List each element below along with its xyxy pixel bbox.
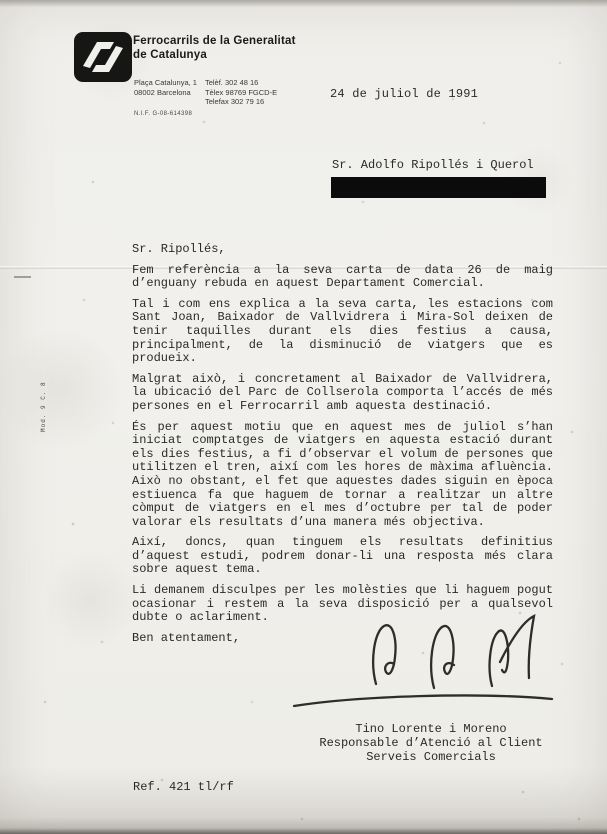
paragraph-1: Fem referència a la seva carta de data 2… [132,264,553,291]
recipient-name: Sr. Adolfo Ripollés i Querol [332,158,534,172]
letterhead-address: Plaça Catalunya, 1 08002 Barcelona [134,78,197,107]
org-name: Ferrocarrils de la Generalitat de Catalu… [133,35,296,62]
telex-line: Tèlex 98769 FGCD-E [205,88,277,98]
phone-line: Telèf. 302 48 16 [205,78,277,88]
paragraph-3: Malgrat això, i concretament al Baixador… [132,373,553,414]
org-name-line2: de Catalunya [133,49,296,63]
letter-body: Sr. Ripollés, Fem referència a la seva c… [132,243,553,645]
address-line2: 08002 Barcelona [134,88,197,98]
handwritten-signature [288,612,560,720]
scan-bottom-edge [0,828,607,834]
scan-noise-speckles [0,0,2,2]
signer-name: Tino Lorente i Moreno [300,722,562,736]
paragraph-4: És per aquest motiu que en aquest mes de… [132,421,553,530]
scan-artifact-dash [14,276,31,278]
paragraph-5: Així, doncs, quan tinguem els resultats … [132,536,553,577]
form-number-margin-note: Mod. 9 C. 8 [40,381,47,432]
telefax-line: Telefax 302 79 16 [205,97,277,107]
redacted-address-bar [331,177,546,198]
salutation: Sr. Ripollés, [132,243,553,257]
paragraph-2: Tal i com ens explica a la seva carta, l… [132,298,553,366]
org-name-line1: Ferrocarrils de la Generalitat [133,35,296,49]
letterhead-contact-block: Plaça Catalunya, 1 08002 Barcelona Telèf… [134,78,277,107]
scanned-letter-page: Ferrocarrils de la Generalitat de Catalu… [0,0,607,834]
reference-number: Ref. 421 tl/rf [133,780,234,794]
letter-date: 24 de juliol de 1991 [330,87,478,101]
signer-department: Serveis Comercials [300,750,562,764]
letterhead-phones: Telèf. 302 48 16 Tèlex 98769 FGCD-E Tele… [205,78,277,107]
scan-top-edge [0,0,607,7]
nif-number: N.I.F. G-08-614398 [134,111,192,117]
fgc-logo-icon [74,32,132,82]
signer-title: Responsable d’Atenció al Client [300,736,562,750]
signature-block: Tino Lorente i Moreno Responsable d’Aten… [300,722,562,764]
address-line1: Plaça Catalunya, 1 [134,78,197,88]
